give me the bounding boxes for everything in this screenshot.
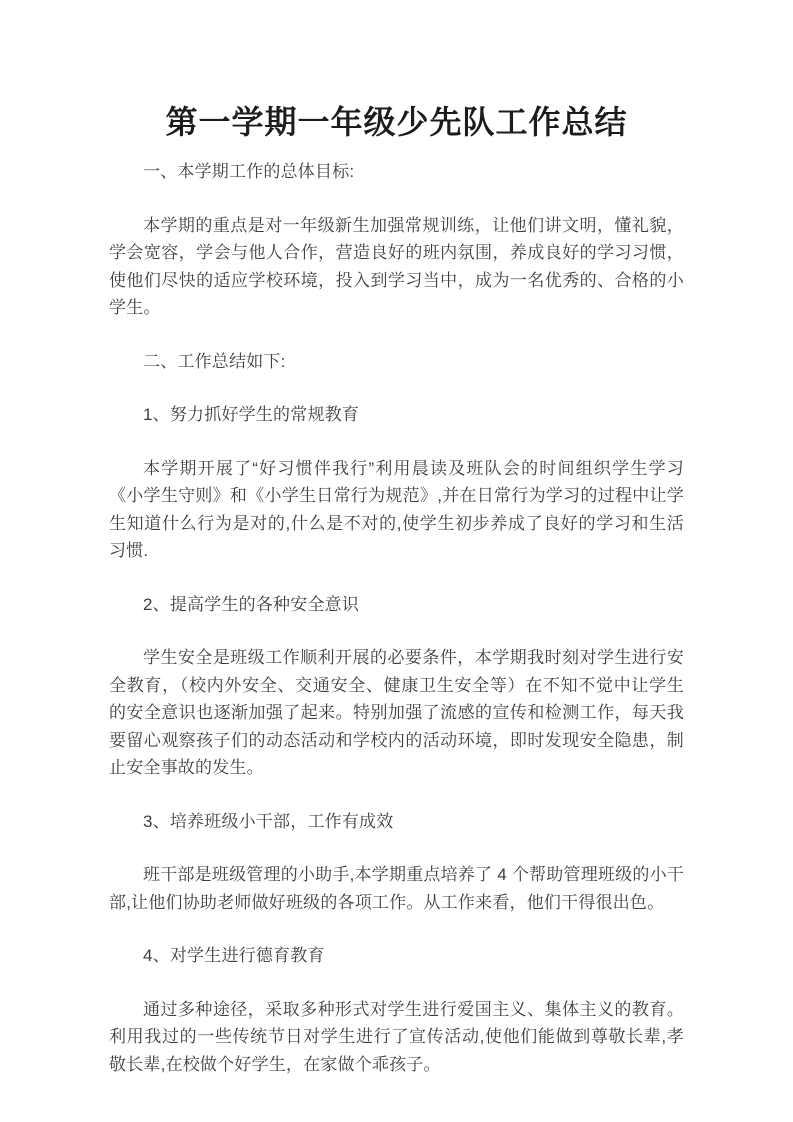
section-heading: 3、培养班级小干部，工作有成效: [109, 808, 684, 836]
paragraph: 本学期的重点是对一年级新生加强常规训练，让他们讲文明，懂礼貌，学会宽容，学会与他…: [109, 212, 684, 322]
document-body: 一、本学期工作的总体目标:本学期的重点是对一年级新生加强常规训练，让他们讲文明，…: [109, 158, 684, 1078]
section-heading: 二、工作总结如下:: [109, 348, 684, 376]
paragraph: 本学期开展了“好习惯伴我行”利用晨读及班队会的时间组织学生学习《小学生守则》和《…: [109, 455, 684, 565]
section-heading: 2、提高学生的各种安全意识: [109, 591, 684, 619]
page-title: 第一学期一年级少先队工作总结: [109, 99, 684, 145]
paragraph: 通过多种途径，采取多种形式对学生进行爱国主义、集体主义的教育。利用我过的一些传统…: [109, 996, 684, 1079]
paragraph: 班干部是班级管理的小助手,本学期重点培养了 4 个帮助管理班级的小干部,让他们协…: [109, 861, 684, 916]
document-page: 第一学期一年级少先队工作总结 一、本学期工作的总体目标:本学期的重点是对一年级新…: [0, 0, 793, 1122]
section-heading: 1、努力抓好学生的常规教育: [109, 401, 684, 429]
paragraph: 学生安全是班级工作顺利开展的必要条件，本学期我时刻对学生进行安全教育，（校内外安…: [109, 644, 684, 782]
section-heading: 4、对学生进行德育教育: [109, 942, 684, 970]
section-heading: 一、本学期工作的总体目标:: [109, 158, 684, 186]
